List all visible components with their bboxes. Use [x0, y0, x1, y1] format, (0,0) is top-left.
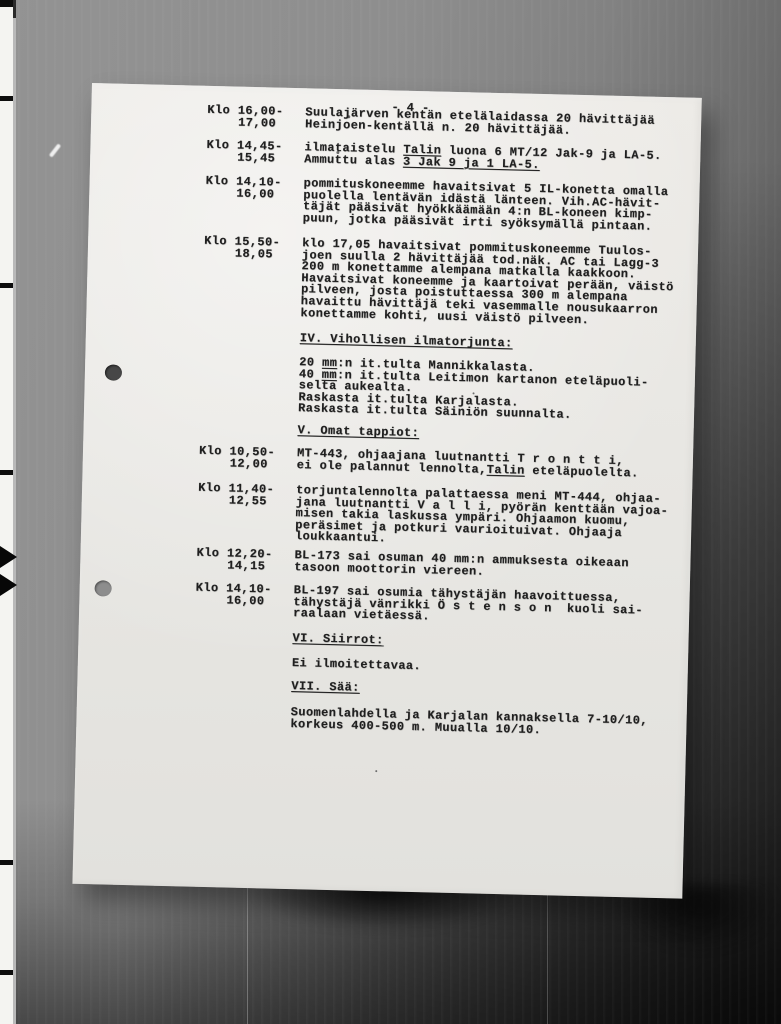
entry-time: Klo 14,45-15,45: [206, 140, 283, 165]
text-line: VII. Sää:: [291, 681, 695, 702]
typewritten-document: - 4 - Klo 16,00-17,00Suulajärven kentän …: [72, 83, 701, 899]
film-arrow-icon: [0, 546, 17, 568]
film-arrow-icon: [0, 574, 17, 596]
text-line: 16,00: [226, 595, 271, 608]
text-line: Ei ilmoitettavaa.: [292, 658, 696, 679]
entry-time: Klo 10,50-12,00: [199, 446, 276, 471]
para-block: Ei ilmoitettavaa.: [292, 658, 696, 679]
entry-body: pommituskoneemme havaitsivat 5 IL-konett…: [303, 178, 708, 234]
photo-background: - 4 - Klo 16,00-17,00Suulajärven kentän …: [0, 0, 781, 1024]
film-tick: [0, 283, 13, 288]
film-tick: [0, 96, 13, 101]
section-heading: VI. Siirrot:: [292, 633, 696, 654]
entry-block: Klo 14,45-15,45ilmataistelu Talin luona …: [91, 137, 701, 152]
section-heading: IV. Vihollisen ilmatorjunta:: [300, 333, 704, 354]
entry-block: Klo 15,50-18,05klo 17,05 havaitsivat pom…: [88, 233, 698, 248]
text-line: 16,00: [236, 188, 281, 201]
document-blocks: Klo 16,00-17,00Suulajärven kentän eteläl…: [92, 83, 702, 98]
film-scratch-line: [247, 872, 248, 1024]
text-line: 17,00: [238, 117, 283, 130]
para-block: Suomenlahdella ja Karjalan kannaksella 7…: [290, 707, 694, 740]
film-tick: [0, 860, 13, 865]
entry-block: Klo 14,10-16,00BL-197 sai osumia tähystä…: [80, 580, 690, 595]
film-tick: [0, 470, 13, 475]
section-heading: V. Omat tappiot:: [297, 425, 701, 446]
entry-body: ilmataistelu Talin luona 6 MT/12 Jak-9 j…: [304, 142, 708, 175]
entry-body: klo 17,05 havaitsivat pommituskoneemme T…: [300, 238, 706, 329]
text-line: 12,55: [229, 495, 274, 508]
text-line: 15,45: [237, 152, 282, 165]
text-line: VI. Siirrot:: [292, 633, 696, 654]
entry-block: Klo 14,10-16,00pommituskoneemme havaitsi…: [90, 173, 700, 188]
entry-body: MT-443, ohjaajana luutnantti T r o n t t…: [297, 448, 701, 481]
entry-block: Klo 10,50-12,00MT-443, ohjaajana luutnan…: [83, 443, 693, 458]
text-line: 18,05: [235, 248, 280, 261]
text-line: 14,15: [227, 560, 272, 573]
entry-time: Klo 14,10-16,00: [205, 176, 282, 201]
text-line: V. Omat tappiot:: [297, 425, 701, 446]
entry-time: Klo 11,40-12,55: [198, 483, 275, 508]
entry-time: Klo 14,10-16,00: [195, 583, 272, 608]
film-edge-strip: [0, 0, 16, 1024]
entry-time: Klo 15,50-18,05: [204, 236, 281, 261]
paper-page: - 4 - Klo 16,00-17,00Suulajärven kentän …: [72, 83, 701, 899]
entry-body: BL-197 sai osumia tähystäjän haavoittues…: [293, 585, 698, 630]
text-line: 12,00: [230, 458, 275, 471]
para-block: 20 mm:n it.tulta Mannikkalasta.40 mm:n i…: [298, 357, 703, 425]
entry-time: Klo 16,00-17,00: [207, 105, 284, 130]
film-tick: [0, 970, 13, 975]
entry-body: Suulajärven kentän etelälaidassa 20 hävi…: [305, 107, 709, 140]
entry-body: BL-173 sai osuman 40 mm:n ammuksesta oik…: [294, 550, 698, 583]
section-heading: VII. Sää:: [291, 681, 695, 702]
entry-time: Klo 12,20-14,15: [196, 548, 273, 573]
text-line: IV. Vihollisen ilmatorjunta:: [300, 333, 704, 354]
film-tick: [0, 0, 13, 7]
entry-block: Klo 11,40-12,55torjuntalennolta palattae…: [82, 480, 692, 495]
entry-body: torjuntalennolta palattaessa meni MT-444…: [295, 485, 700, 553]
scratch-mark: [49, 143, 61, 157]
